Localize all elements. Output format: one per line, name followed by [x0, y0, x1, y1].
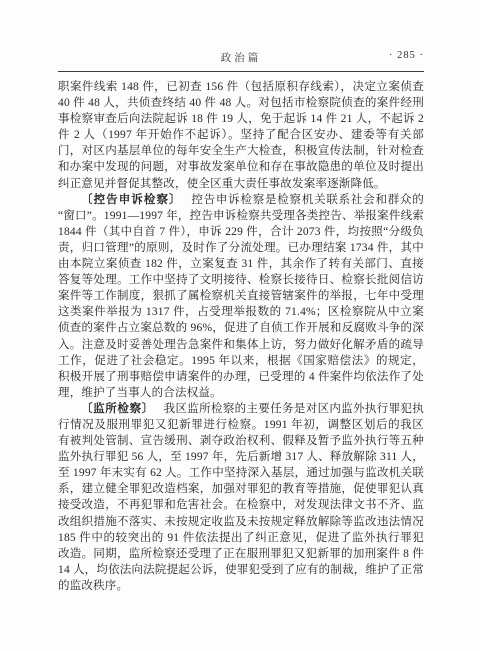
paragraph-continuation: 职案件线索 148 件，已初查 156 件（包括原积存线索），决定立案侦查 40… [58, 79, 424, 192]
page-body: 职案件线索 148 件，已初查 156 件（包括原积存线索），决定立案侦查 40… [58, 79, 424, 594]
running-header: 政治篇 · 285 · [58, 50, 424, 72]
page-number: · 285 · [389, 50, 424, 61]
paragraph-text: 职案件线索 148 件，已初查 156 件（包括原积存线索），决定立案侦查 40… [58, 81, 424, 190]
header-section-title: 政治篇 [221, 50, 262, 65]
book-page: 政治篇 · 285 · 职案件线索 148 件，已初查 156 件（包括原积存线… [0, 0, 480, 651]
paragraph-text: 我区监所检察的主要任务是对区内监外执行罪犯执行情况及服刑罪犯又犯新罪进行检察。1… [58, 403, 424, 592]
section-heading-prison-supervision: 〔监所检察〕 [81, 403, 154, 415]
paragraph-text: 控告申诉检察是检察机关联系社会和群众的“窗口”。1991—1997 年，控告申诉… [58, 194, 424, 399]
section-heading-complaint-appeal: 〔控告申诉检察〕 [81, 194, 182, 206]
paragraph-prison-supervision-work: 〔监所检察〕我区监所检察的主要任务是对区内监外执行罪犯执行情况及服刑罪犯又犯新罪… [58, 401, 424, 594]
paragraph-complaint-appeal-procuratorial-work: 〔控告申诉检察〕控告申诉检察是检察机关联系社会和群众的“窗口”。1991—199… [58, 192, 424, 401]
